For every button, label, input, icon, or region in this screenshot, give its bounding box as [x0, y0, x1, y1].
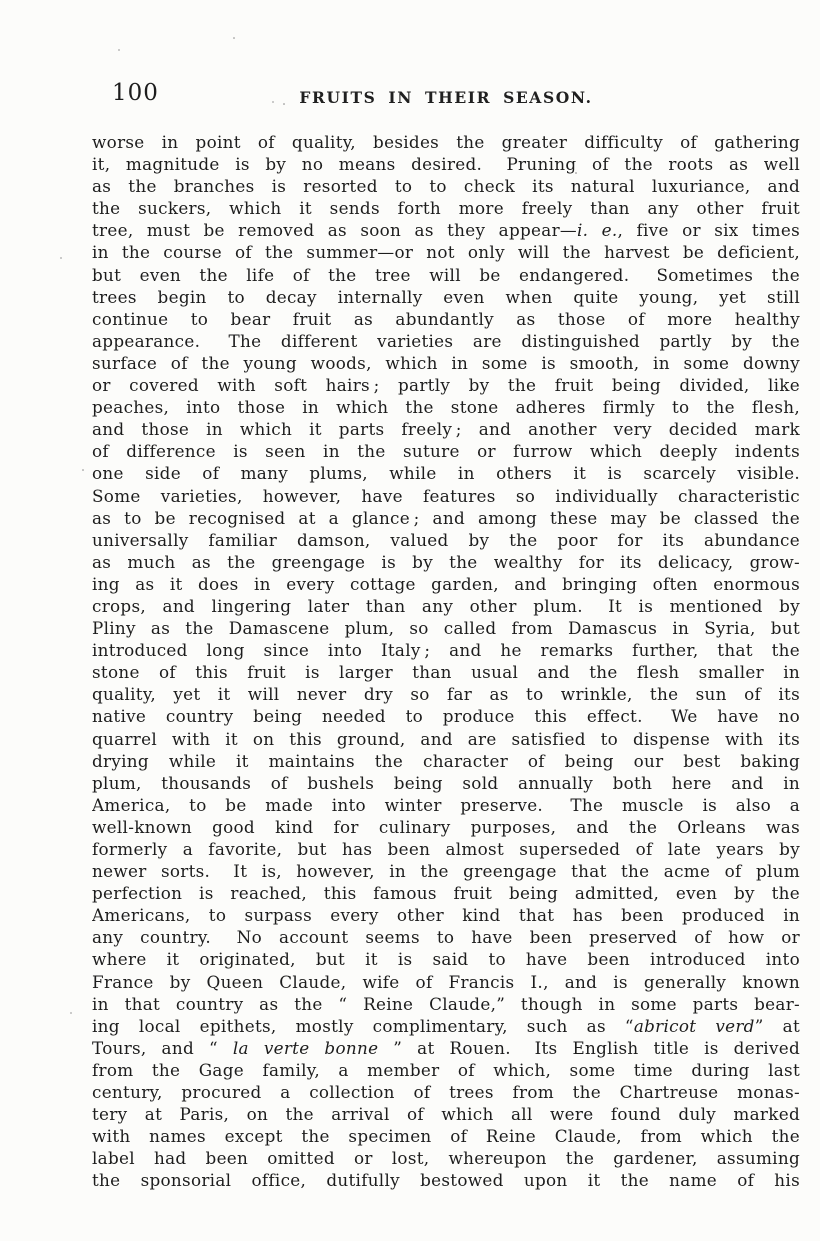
text-line: formerly a favorite, but has been almost…: [92, 838, 800, 860]
text-line: quarrel with it on this ground, and are …: [92, 728, 800, 750]
text-line: century, procured a collection of trees …: [92, 1081, 800, 1103]
text-line: perfection is reached, this famous fruit…: [92, 882, 800, 904]
scan-speck: [70, 1012, 72, 1014]
text-line: introduced long since into Italy ; and h…: [92, 639, 800, 661]
text-line: crops, and lingering later than any othe…: [92, 595, 800, 617]
text-line: but even the life of the tree will be en…: [92, 264, 800, 286]
text-line: well-known good kind for culinary purpos…: [92, 816, 800, 838]
scan-speck: [118, 49, 120, 51]
text-line: Some varieties, however, have features s…: [92, 485, 800, 507]
text-line: stone of this fruit is larger than usual…: [92, 661, 800, 683]
text-line: as much as the greengage is by the wealt…: [92, 551, 800, 573]
text-line: Pliny as the Damascene plum, so called f…: [92, 617, 800, 639]
text-line: one side of many plums, while in others …: [92, 462, 800, 484]
text-line: in that country as the “ Reine Claude,” …: [92, 993, 800, 1015]
text-line: quality, yet it will never dry so far as…: [92, 683, 800, 705]
scan-speck: [283, 103, 285, 105]
text-line: peaches, into those in which the stone a…: [92, 396, 800, 418]
text-line: ing as it does in every cottage garden, …: [92, 573, 800, 595]
text-line: Americans, to surpass every other kind t…: [92, 904, 800, 926]
text-line: in the course of the summer—or not only …: [92, 241, 800, 263]
scan-speck: [272, 101, 274, 103]
book-page: 100 FRUITS IN THEIR SEASON. worse in poi…: [0, 0, 820, 1241]
scan-speck: [82, 469, 84, 471]
text-line: surface of the young woods, which in som…: [92, 352, 800, 374]
text-line: the suckers, which it sends forth more f…: [92, 197, 800, 219]
text-line: or covered with soft hairs ; partly by t…: [92, 374, 800, 396]
scan-speck: [575, 172, 577, 174]
text-line: France by Queen Claude, wife of Francis …: [92, 971, 800, 993]
body-text: worse in point of quality, besides the g…: [92, 131, 800, 1192]
text-line: from the Gage family, a member of which,…: [92, 1059, 800, 1081]
text-line: of difference is seen in the suture or f…: [92, 440, 800, 462]
text-line: tery at Paris, on the arrival of which a…: [92, 1103, 800, 1125]
text-line: with names except the specimen of Reine …: [92, 1125, 800, 1147]
text-line: newer sorts. It is, however, in the gree…: [92, 860, 800, 882]
text-line: and those in which it parts freely ; and…: [92, 418, 800, 440]
text-line: label had been omitted or lost, whereupo…: [92, 1147, 800, 1169]
text-line: appearance. The different varieties are …: [92, 330, 800, 352]
text-line: tree, must be removed as soon as they ap…: [92, 219, 800, 241]
text-line: continue to bear fruit as abundantly as …: [92, 308, 800, 330]
text-line: universally familiar damson, valued by t…: [92, 529, 800, 551]
text-line: Tours, and “ la verte bonne ” at Rouen. …: [92, 1037, 800, 1059]
scan-speck: [60, 257, 62, 259]
scan-speck: [233, 37, 235, 39]
text-line: trees begin to decay internally even whe…: [92, 286, 800, 308]
text-line: it, magnitude is by no means desired. Pr…: [92, 153, 800, 175]
text-line: as to be recognised at a glance ; and am…: [92, 507, 800, 529]
text-line: any country. No account seems to have be…: [92, 926, 800, 948]
text-line: plum, thousands of bushels being sold an…: [92, 772, 800, 794]
text-line: America, to be made into winter preserve…: [92, 794, 800, 816]
text-line: where it originated, but it is said to h…: [92, 948, 800, 970]
running-header: FRUITS IN THEIR SEASON.: [92, 88, 800, 107]
text-line: the sponsorial office, dutifully bestowe…: [92, 1169, 800, 1191]
text-line: drying while it maintains the character …: [92, 750, 800, 772]
text-line: native country being needed to produce t…: [92, 705, 800, 727]
text-line: ing local epithets, mostly complimentary…: [92, 1015, 800, 1037]
text-line: worse in point of quality, besides the g…: [92, 131, 800, 153]
text-line: as the branches is resorted to to check …: [92, 175, 800, 197]
